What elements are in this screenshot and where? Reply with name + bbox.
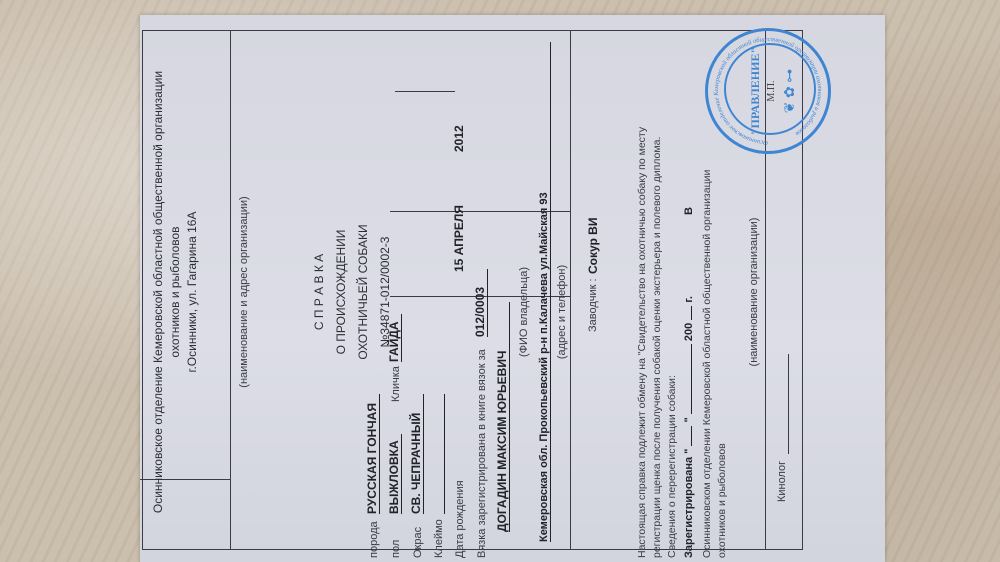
color-value: СВ. ЧЕПРАЧНЫЙ xyxy=(409,394,424,514)
registration-org-caption: (наименование организации) xyxy=(748,192,760,392)
re-registration-row: Зарегистрирована " " 200 г. В xyxy=(683,207,695,558)
stamp-center-text: "ПРАВЛЕНИЕ" xyxy=(748,31,763,151)
breeder-label: Заводчик : xyxy=(587,278,599,332)
organization-caption: (наименование и адрес организации) xyxy=(238,42,250,542)
color-label: Окрас xyxy=(412,527,424,558)
mating-label: Вязка зарегистрирована в книге вязок за xyxy=(476,349,488,558)
title-line-1: С П Р А В К А xyxy=(308,182,330,402)
registration-org-line-1: Осинниковском отделении Кемеровской обла… xyxy=(700,170,715,558)
owner-caption: (ФИО владельца) xyxy=(518,212,530,412)
cynologist-signature-line xyxy=(788,354,789,454)
official-stamp: Осинниковское отделение Кемеровской обла… xyxy=(705,28,831,154)
birth-year: 2012 xyxy=(452,125,466,152)
organization-header: Осинниковское отделение Кемеровской обла… xyxy=(150,42,201,542)
sex-label: пол xyxy=(390,540,402,558)
header-divider xyxy=(230,30,231,550)
frame-top xyxy=(142,30,143,550)
title-line-2: О ПРОИСХОЖДЕНИИ xyxy=(330,182,352,402)
notice-line-1: Настоящая справка подлежит обмену на "Св… xyxy=(635,127,650,558)
registered-year: 200 xyxy=(683,323,695,341)
certificate-document: Осинниковское отделение Кемеровской обла… xyxy=(140,15,885,562)
inner-rule-3 xyxy=(395,91,455,92)
notice-text: Настоящая справка подлежит обмену на "Св… xyxy=(635,127,680,558)
organization-line-3: г.Осинники, ул. Гагарина 16А xyxy=(184,42,201,542)
notice-line-2: регистрации щенка после получения собако… xyxy=(650,127,665,558)
breeder-value: Сокур ВИ xyxy=(586,218,600,274)
stamp-emblem-icon: ❦ ✿ ⊶ xyxy=(782,31,799,151)
birth-date-label: Дата рождения xyxy=(454,480,466,558)
registered-quote: " xyxy=(683,417,695,422)
address-caption: (адрес и телефон) xyxy=(556,212,568,412)
breed-label: порода xyxy=(368,521,380,558)
stamp-mp-text: М.П. xyxy=(766,31,777,151)
name-value: ГАЙДА xyxy=(387,314,402,362)
organization-line-2: охотников и рыболовов xyxy=(167,42,184,542)
mating-value: 012/0003 xyxy=(473,269,488,337)
owner-divider xyxy=(570,30,571,550)
document-title: С П Р А В К А О ПРОИСХОЖДЕНИИ ОХОТНИЧЬЕЙ… xyxy=(308,182,396,402)
birth-day-month: 15 АПРЕЛЯ xyxy=(452,205,466,272)
owner-name: ДОГАДИН МАКСИМ ЮРЬЕВИЧ xyxy=(495,302,510,532)
breed-value: РУССКАЯ ГОНЧАЯ xyxy=(365,394,380,514)
notice-line-3: Сведения о перерегистрации собаки: xyxy=(665,127,680,558)
registered-v: В xyxy=(683,207,695,215)
registration-org-line-2: охотников и рыболовов xyxy=(715,170,730,558)
title-line-3: ОХОТНИЧЬЕЙ СОБАКИ xyxy=(352,182,374,402)
registered-label: Зарегистрирована " xyxy=(683,449,695,558)
cynologist-label: Кинолог xyxy=(776,461,788,502)
registered-month-blank xyxy=(691,344,692,414)
brand-value-line xyxy=(443,394,445,514)
registered-year-blank xyxy=(691,306,692,320)
name-label: Кличка xyxy=(390,366,402,402)
organization-line-1: Осинниковское отделение Кемеровской обла… xyxy=(150,42,167,542)
registered-g: г. xyxy=(683,296,695,303)
registered-day-blank xyxy=(691,426,692,446)
brand-label: Клеймо xyxy=(433,519,445,558)
owner-address: Кемеровская обл. Прокопьевский р-н п.Кал… xyxy=(538,42,551,542)
registration-org: Осинниковском отделении Кемеровской обла… xyxy=(700,170,730,558)
sex-value: ВЫЖЛОВКА xyxy=(387,434,402,514)
